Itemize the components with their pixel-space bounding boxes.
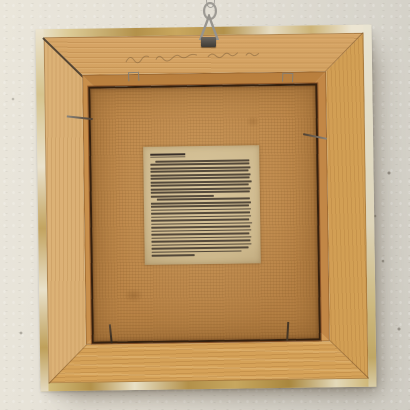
wall-specks bbox=[0, 0, 2, 2]
frame-back bbox=[35, 25, 376, 392]
staple bbox=[128, 72, 139, 82]
label bbox=[143, 145, 261, 265]
staple bbox=[282, 73, 293, 82]
backing-board bbox=[88, 83, 321, 343]
label-text-lines bbox=[150, 159, 253, 256]
pencil-inscription bbox=[124, 46, 264, 70]
label-title-underline bbox=[150, 156, 185, 157]
hanger-plate bbox=[201, 37, 216, 47]
